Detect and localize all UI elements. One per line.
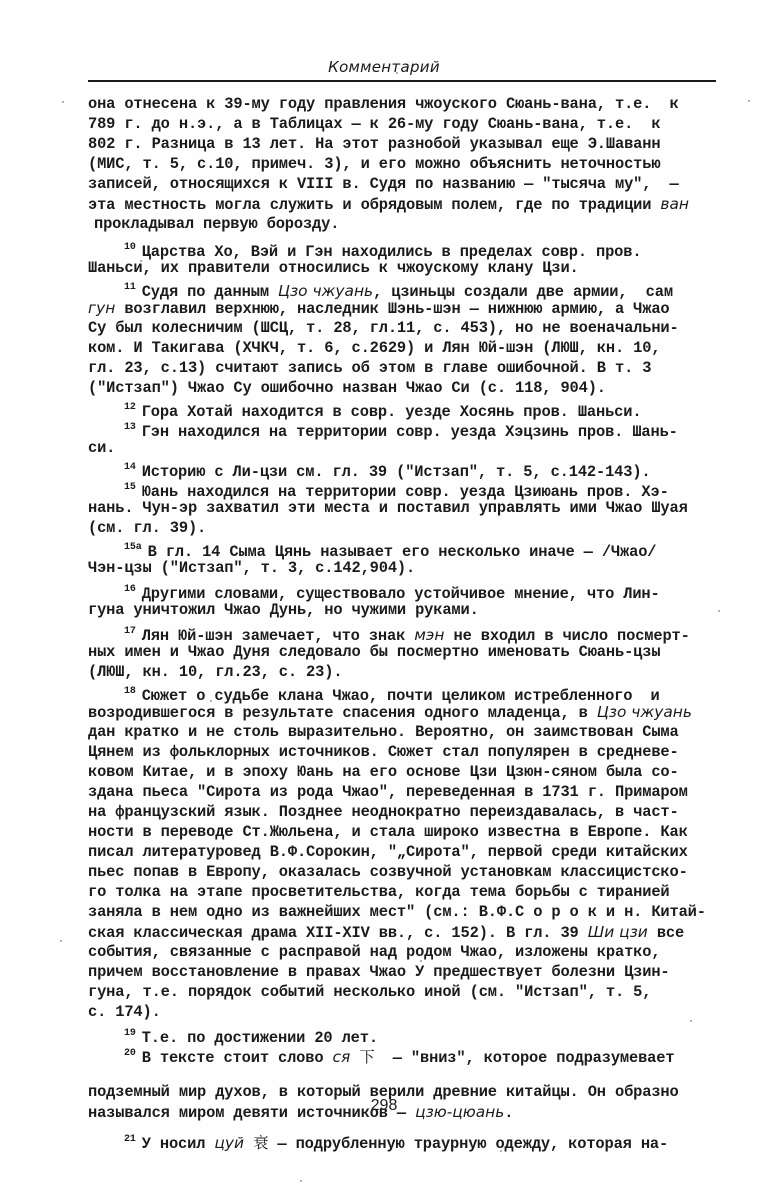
chinese-character: 下 bbox=[359, 1048, 374, 1066]
text-line: она отнесена к 39-му году правления чжоу… bbox=[88, 94, 679, 114]
text-line: ком. И Такигава (ХЧКЧ, т. 6, с.2629) и Л… bbox=[88, 338, 660, 358]
text-line: эта местность могла служить и обрядовым … bbox=[88, 194, 689, 215]
text-segment: ("Истзап") Чжао Су ошибочно назван Чжао … bbox=[88, 379, 606, 397]
text-segment: го толка на этапе просветительства, когд… bbox=[88, 883, 670, 901]
scan-speck bbox=[62, 101, 64, 103]
text-segment bbox=[244, 1135, 253, 1153]
running-head: Комментарий bbox=[0, 58, 768, 76]
text-segment: ская классическая драма XII-XIV вв., с. … bbox=[88, 924, 588, 942]
text-segment: ковом Китае, и в эпоху Юань на его основ… bbox=[88, 763, 679, 781]
text-segment: 802 г. Разница в 13 лет. На этот разнобо… bbox=[88, 135, 660, 153]
text-segment: (см. гл. 39). bbox=[88, 519, 206, 537]
text-segment: события, связанные с расправой над родом… bbox=[88, 943, 660, 961]
text-segment: прокладывал первую борозду. bbox=[94, 215, 339, 233]
page-number: 298 bbox=[0, 1097, 768, 1115]
text-segment: гуна уничтожил Чжао Дунь, но чужими рука… bbox=[88, 601, 479, 619]
text-line: гуна уничтожил Чжао Дунь, но чужими рука… bbox=[88, 600, 479, 620]
text-line: Шаньси, их правители относились к чжоуск… bbox=[88, 258, 579, 278]
footnote-number: 15 bbox=[124, 482, 136, 493]
text-line: события, связанные с расправой над родом… bbox=[88, 942, 660, 962]
footnote-line: 13Гэн находился на территории совр. уезд… bbox=[124, 418, 678, 442]
text-segment: записей, относящихся к VIII в. Судя по н… bbox=[88, 175, 679, 193]
footnote-number: 13 bbox=[124, 422, 136, 433]
text-segment: гуна, т.е. порядок событий несколько ино… bbox=[88, 983, 651, 1001]
text-line: пьес попав в Европу, оказалась созвучной… bbox=[88, 862, 688, 882]
text-line: Цянем из фольклорных источников. Сюжет с… bbox=[88, 742, 679, 762]
text-line: гун возглавил верхнюю, наследник Шэнь-шэ… bbox=[88, 298, 670, 319]
scan-speck bbox=[420, 960, 422, 962]
text-line: ных имен и Чжао Дуня следовало бы посмер… bbox=[88, 642, 660, 662]
scan-speck bbox=[690, 1020, 692, 1022]
text-line: прокладывал первую борозду. bbox=[94, 214, 339, 234]
text-segment: Чэн-цзы ("Истзап", т. 3, с.142,904). bbox=[88, 559, 415, 577]
scan-speck bbox=[140, 260, 142, 262]
text-segment: (ЛЮШ, кн. 10, гл.23, с. 23). bbox=[88, 663, 342, 681]
text-line: причем восстановление в правах Чжао У пр… bbox=[88, 962, 670, 982]
italic-term: ван bbox=[660, 195, 689, 213]
footnote-number: 17 bbox=[124, 626, 136, 637]
text-segment: (МИС, т. 5, с.10, примеч. 3), и его можн… bbox=[88, 155, 660, 173]
footnote-number: 21 bbox=[124, 1134, 136, 1145]
text-line: (см. гл. 39). bbox=[88, 518, 206, 538]
text-line: с. 174). bbox=[88, 1002, 161, 1022]
italic-term: Ши цзи bbox=[588, 923, 648, 941]
text-segment: ком. И Такигава (ХЧКЧ, т. 6, с.2629) и Л… bbox=[88, 339, 660, 357]
scan-speck bbox=[718, 610, 720, 612]
scan-speck bbox=[500, 1150, 502, 1152]
italic-term: гун bbox=[88, 299, 115, 317]
footnote-number: 18 bbox=[124, 686, 136, 697]
text-segment: В тексте стоит слово bbox=[142, 1049, 333, 1067]
text-segment: с. 174). bbox=[88, 1003, 161, 1021]
text-segment: — "вниз", которое подразумевает bbox=[375, 1049, 675, 1067]
italic-term: Цзо чжуань bbox=[597, 703, 692, 721]
text-line: (МИС, т. 5, с.10, примеч. 3), и его можн… bbox=[88, 154, 660, 174]
text-line: здана пьеса "Сирота из рода Чжао", перев… bbox=[88, 782, 688, 802]
text-segment: Цянем из фольклорных источников. Сюжет с… bbox=[88, 743, 679, 761]
text-line: дан кратко и не столь выразительно. Веро… bbox=[88, 722, 679, 742]
text-segment: пьес попав в Европу, оказалась созвучной… bbox=[88, 863, 688, 881]
text-segment: она отнесена к 39-му году правления чжоу… bbox=[88, 95, 679, 113]
italic-term: цуй bbox=[214, 1134, 244, 1152]
text-segment: ности в переводе Ст.Жюльена, и стала шир… bbox=[88, 823, 688, 841]
text-segment bbox=[350, 1049, 359, 1067]
footnote-line: 20В тексте стоит слово ся 下 — "вниз", ко… bbox=[124, 1044, 674, 1068]
text-line: писал литературовед В.Ф.Сорокин, "„Сирот… bbox=[88, 842, 688, 862]
text-line: ковом Китае, и в эпоху Юань на его основ… bbox=[88, 762, 679, 782]
text-line: на французский язык. Позднее неоднократн… bbox=[88, 802, 679, 822]
text-line: го толка на этапе просветительства, когд… bbox=[88, 882, 670, 902]
text-segment: У носил bbox=[142, 1135, 215, 1153]
italic-term: ся bbox=[333, 1048, 351, 1066]
text-segment: гл. 23, с.13) считают запись об этом в г… bbox=[88, 359, 651, 377]
text-segment: причем восстановление в правах Чжао У пр… bbox=[88, 963, 670, 981]
text-segment: — подрубленную траурную одежду, которая … bbox=[268, 1135, 668, 1153]
scan-speck bbox=[300, 1180, 302, 1182]
text-segment: си. bbox=[88, 439, 115, 457]
text-line: возродившегося в результате спасения одн… bbox=[88, 702, 692, 723]
text-segment: возродившегося в результате спасения одн… bbox=[88, 704, 597, 722]
text-segment: эта местность могла служить и обрядовым … bbox=[88, 196, 660, 214]
scan-speck bbox=[748, 100, 750, 102]
text-segment: Шаньси, их правители относились к чжоуск… bbox=[88, 259, 579, 277]
text-segment: Су был колесничим (ШСЦ, т. 28, гл.11, с.… bbox=[88, 319, 679, 337]
text-line: ская классическая драма XII-XIV вв., с. … bbox=[88, 922, 684, 943]
text-line: ности в переводе Ст.Жюльена, и стала шир… bbox=[88, 822, 688, 842]
text-line: Су был колесничим (ШСЦ, т. 28, гл.11, с.… bbox=[88, 318, 679, 338]
text-line: ("Истзап") Чжао Су ошибочно назван Чжао … bbox=[88, 378, 606, 398]
text-segment: писал литературовед В.Ф.Сорокин, "„Сирот… bbox=[88, 843, 688, 861]
footnote-number: 15а bbox=[124, 542, 142, 553]
text-segment: нань. Чун-эр захватил эти места и постав… bbox=[88, 499, 688, 517]
text-line: нань. Чун-эр захватил эти места и постав… bbox=[88, 498, 688, 518]
footnote-number: 10 bbox=[124, 242, 136, 253]
scan-speck bbox=[210, 700, 212, 702]
text-line: заняла в нем одно из важнейших мест" (см… bbox=[88, 902, 706, 922]
text-line: гл. 23, с.13) считают запись об этом в г… bbox=[88, 358, 651, 378]
text-segment: дан кратко и не столь выразительно. Веро… bbox=[88, 723, 679, 741]
footnote-number: 14 bbox=[124, 462, 136, 473]
text-segment: на французский язык. Позднее неоднократн… bbox=[88, 803, 679, 821]
text-line: Чэн-цзы ("Истзап", т. 3, с.142,904). bbox=[88, 558, 415, 578]
text-segment: ных имен и Чжао Дуня следовало бы посмер… bbox=[88, 643, 660, 661]
header-rule bbox=[88, 80, 716, 82]
text-line: си. bbox=[88, 438, 115, 458]
text-segment: Гэн находился на территории совр. уезда … bbox=[142, 423, 678, 441]
text-line: записей, относящихся к VIII в. Судя по н… bbox=[88, 174, 679, 194]
footnote-line: 21У носил цуй 衰 — подрубленную траурную … bbox=[124, 1130, 668, 1154]
book-page: Комментарий она отнесена к 39-му году пр… bbox=[0, 0, 768, 1200]
scan-speck bbox=[640, 790, 642, 792]
scan-speck bbox=[396, 72, 398, 74]
text-segment: заняла в нем одно из важнейших мест" (см… bbox=[88, 903, 706, 921]
text-segment: все bbox=[648, 924, 684, 942]
scan-speck bbox=[60, 940, 62, 942]
text-line: (ЛЮШ, кн. 10, гл.23, с. 23). bbox=[88, 662, 342, 682]
footnote-number: 12 bbox=[124, 402, 136, 413]
footnote-number: 16 bbox=[124, 584, 136, 595]
footnote-number: 11 bbox=[124, 282, 136, 293]
text-segment: 789 г. до н.э., а в Таблицах — к 26-му г… bbox=[88, 115, 660, 133]
text-line: 802 г. Разница в 13 лет. На этот разнобо… bbox=[88, 134, 660, 154]
chinese-character: 衰 bbox=[253, 1134, 268, 1152]
text-line: 789 г. до н.э., а в Таблицах — к 26-му г… bbox=[88, 114, 660, 134]
text-line: гуна, т.е. порядок событий несколько ино… bbox=[88, 982, 651, 1002]
text-segment: здана пьеса "Сирота из рода Чжао", перев… bbox=[88, 783, 688, 801]
footnote-number: 19 bbox=[124, 1028, 136, 1039]
text-segment: возглавил верхнюю, наследник Шэнь-шэн — … bbox=[115, 300, 669, 318]
footnote-number: 20 bbox=[124, 1048, 136, 1059]
